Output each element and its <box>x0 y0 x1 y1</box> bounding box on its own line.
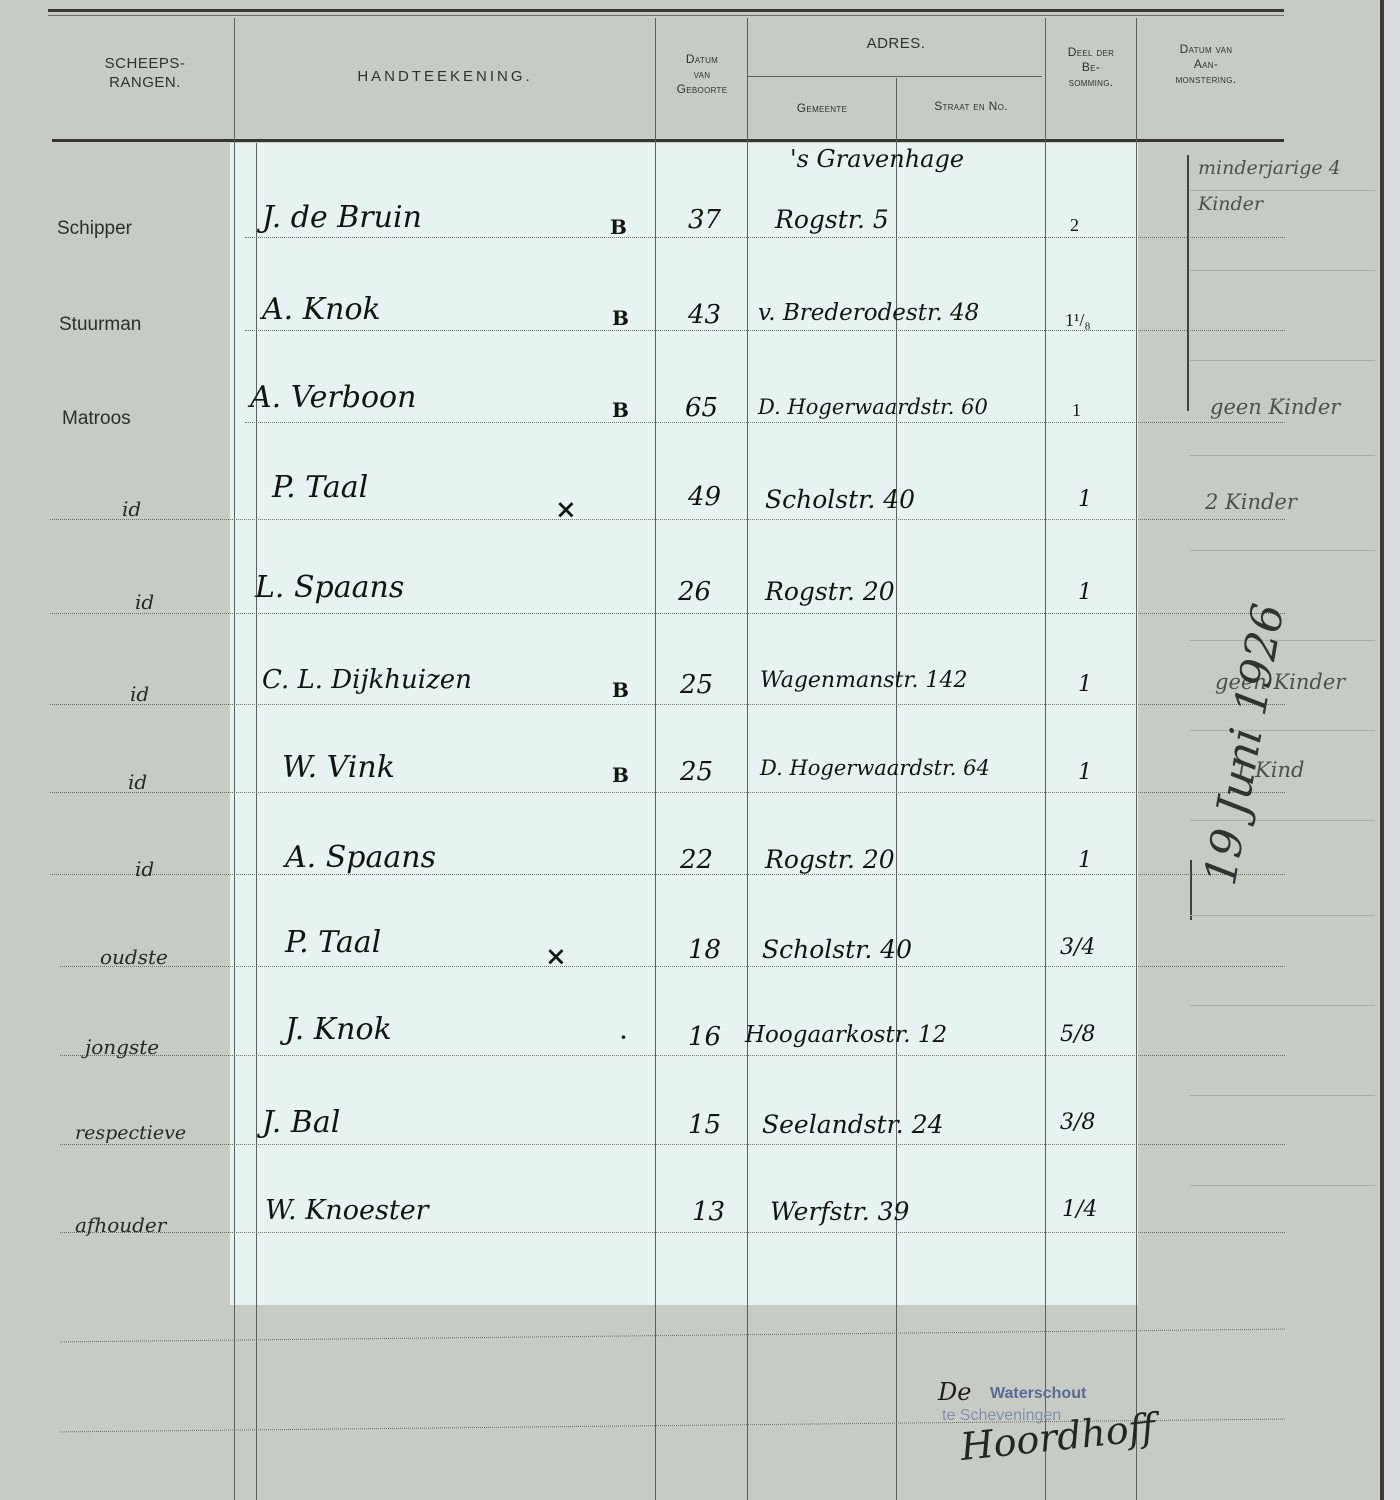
share-value: 1/4 <box>1062 1197 1097 1222</box>
col-divider <box>234 18 235 1500</box>
crew-signature: W. Vink <box>282 750 395 785</box>
header-birth-date: Datum van Geboorte <box>656 52 748 97</box>
mark-symbol: B <box>612 763 629 787</box>
margin-rule <box>1190 1185 1375 1186</box>
mark-symbol: × <box>545 942 567 972</box>
street-address: Werfstr. 39 <box>770 1197 909 1226</box>
row-line <box>60 1329 1285 1343</box>
street-address: Seelandstr. 24 <box>762 1110 944 1139</box>
street-address: Scholstr. 40 <box>765 485 915 514</box>
note-bracket-line <box>1190 860 1192 920</box>
col-divider <box>256 143 257 1500</box>
share-value: 1 <box>1078 487 1092 512</box>
share-value: 5/8 <box>1060 1022 1095 1047</box>
birth-year: 13 <box>692 1197 725 1227</box>
crew-signature: A. Spaans <box>285 840 436 875</box>
birth-year: 18 <box>688 935 721 965</box>
margin-rule <box>1190 270 1375 271</box>
street-address: v. Brederodestr. 48 <box>758 300 979 326</box>
crew-signature: J. de Bruin <box>262 200 422 235</box>
crew-signature: P. Taal <box>272 470 368 505</box>
margin-rule <box>1190 455 1375 456</box>
top-thin-rule <box>48 15 1284 16</box>
col-divider <box>747 18 748 1500</box>
street-address: Rogstr. 5 <box>775 205 889 234</box>
birth-year: 15 <box>688 1110 721 1140</box>
share-value: 1 <box>1072 400 1081 421</box>
birth-year: 65 <box>685 393 718 423</box>
rank-label: oudste <box>100 945 168 969</box>
margin-note: 2 Kinder <box>1205 490 1297 514</box>
col-divider <box>896 78 897 1500</box>
street-address: Rogstr. 20 <box>765 577 895 606</box>
birth-year: 25 <box>680 670 713 700</box>
top-double-rule <box>48 9 1284 12</box>
crew-signature: J. Knok <box>285 1012 392 1047</box>
row-line <box>50 704 1285 705</box>
birth-year: 22 <box>680 845 713 875</box>
share-value: 3/4 <box>1060 935 1095 960</box>
margin-rule <box>1190 730 1375 731</box>
rank-label: id <box>122 497 141 521</box>
margin-rule <box>1190 550 1375 551</box>
mark-symbol: · <box>620 1025 627 1049</box>
rank-label: id <box>135 857 154 881</box>
row-line <box>60 1144 1285 1145</box>
muster-date-vertical: 19 Juni 1926 <box>1195 600 1295 889</box>
col-divider <box>1136 18 1137 1500</box>
crew-signature: A. Knok <box>262 292 381 327</box>
note-bracket-line <box>1187 155 1189 411</box>
header-signature: HANDTEEKENING. <box>236 68 654 87</box>
rank-label: afhouder <box>75 1213 166 1237</box>
mark-symbol: B <box>612 306 629 330</box>
row-line <box>60 966 1285 967</box>
address-sub-rule <box>748 76 1042 77</box>
margin-rule <box>1190 1005 1375 1006</box>
mark-symbol: B <box>612 678 629 702</box>
header-rank: SCHEEPS- RANGEN. <box>60 55 230 93</box>
row-line <box>50 613 1285 614</box>
street-address: Wagenmanstr. 142 <box>760 668 967 693</box>
header-bottom-rule <box>52 139 1284 142</box>
crew-signature: P. Taal <box>285 925 381 960</box>
birth-year: 49 <box>688 482 721 512</box>
row-line <box>60 1232 1285 1233</box>
share-value: 3/8 <box>1060 1110 1095 1135</box>
rank-label: Schipper <box>57 218 132 240</box>
rank-label: Stuurman <box>59 314 141 336</box>
birth-year: 25 <box>680 757 713 787</box>
margin-note: geen Kinder <box>1210 395 1340 419</box>
share-value: 1 <box>1078 580 1092 605</box>
rank-label: jongste <box>85 1035 159 1059</box>
street-address: Hoogaarkostr. 12 <box>745 1022 947 1048</box>
row-line <box>50 519 1285 520</box>
col-divider <box>655 18 656 1500</box>
header-municipality: Gemeente <box>748 101 896 116</box>
rank-label: respectieve <box>75 1122 186 1144</box>
street-address: Scholstr. 40 <box>762 935 912 964</box>
rank-label: id <box>130 682 149 706</box>
row-line <box>60 1055 1285 1056</box>
row-line <box>245 422 1285 423</box>
birth-year: 43 <box>688 300 721 330</box>
birth-year: 16 <box>688 1022 721 1052</box>
header-address: ADRES. <box>748 35 1044 54</box>
crew-signature: L. Spaans <box>255 570 404 605</box>
crew-signature: W. Knoester <box>265 1195 429 1226</box>
share-value: 1¹/₈ <box>1065 310 1091 331</box>
street-address: D. Hogerwaardstr. 60 <box>758 395 988 419</box>
share-value: 1 <box>1078 848 1092 873</box>
row-line <box>245 330 1285 331</box>
footer-prefix: De <box>938 1378 971 1406</box>
margin-rule <box>1190 360 1375 361</box>
row-line <box>50 874 1285 875</box>
rank-label: id <box>135 590 154 614</box>
municipality-entry: 's Gravenhage <box>790 145 964 173</box>
header-muster-date: Datum van Aan- monstering. <box>1137 42 1275 87</box>
birth-year: 26 <box>678 577 711 607</box>
margin-rule <box>1190 1095 1375 1096</box>
street-address: Rogstr. 20 <box>765 845 895 874</box>
share-value: 2 <box>1070 215 1079 236</box>
mark-symbol: B <box>610 215 627 239</box>
register-page: SCHEEPS- RANGEN. HANDTEEKENING. Datum va… <box>0 0 1382 1500</box>
crew-signature: J. Bal <box>262 1105 340 1140</box>
header-street: Straat en No. <box>897 99 1045 114</box>
background-strip <box>1384 0 1400 1500</box>
row-line <box>245 237 1285 238</box>
col-divider <box>1045 18 1046 1500</box>
margin-note: minderjarige 4 Kinder <box>1198 150 1388 222</box>
rank-label: id <box>128 770 147 794</box>
mark-symbol: B <box>612 398 629 422</box>
mark-symbol: × <box>555 495 577 525</box>
stamp-waterschout: Waterschout <box>990 1385 1086 1403</box>
rank-label: Matroos <box>62 408 131 430</box>
header-share: Deel der Be- somming. <box>1046 45 1136 90</box>
crew-signature: A. Verboon <box>250 380 416 415</box>
margin-rule <box>1190 915 1375 916</box>
share-value: 1 <box>1078 760 1092 785</box>
crew-signature: C. L. Dijkhuizen <box>262 665 472 695</box>
row-line <box>50 792 1285 793</box>
birth-year: 37 <box>688 205 721 235</box>
share-value: 1 <box>1078 672 1092 697</box>
street-address: D. Hogerwaardstr. 64 <box>760 756 990 780</box>
